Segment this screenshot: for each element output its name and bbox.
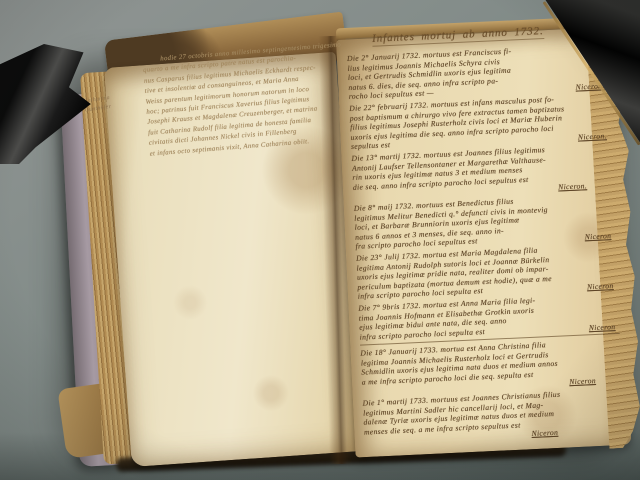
left-page-handwriting: hodie 27 octobris anno millesimo septing…	[142, 40, 348, 159]
burial-entry: Die 2° Januarij 1732. mortuus est Franci…	[347, 42, 609, 101]
priest-signature: Niceron	[585, 231, 612, 242]
burial-entry: Die 1° martij 1733. mortuus est Joannes …	[362, 387, 624, 446]
burial-entry: Die 22° februarij 1732. mortuus est infa…	[349, 92, 611, 151]
photograph-of-open-register: Catharina Gunthöfer hodie 27 octobris an…	[0, 0, 640, 480]
priest-signature: Niceron.	[578, 131, 607, 142]
burial-entry: Die 8° maij 1732. mortuus est Benedictus…	[354, 192, 616, 251]
right-page-handwriting: Infantes mortuj ab anno 1732. Die 2° Jan…	[346, 24, 624, 448]
priest-signature: Niceron	[589, 322, 616, 333]
burial-entry: Die 13° martij 1732. mortuus est Joannes…	[351, 142, 613, 201]
burial-entry: Die 18° Januarij 1733. mortua est Anna C…	[360, 337, 622, 396]
priest-signature: Niceron	[587, 281, 614, 292]
burial-entry: Die 23° Julij 1732. mortua est Maria Mag…	[356, 242, 618, 301]
